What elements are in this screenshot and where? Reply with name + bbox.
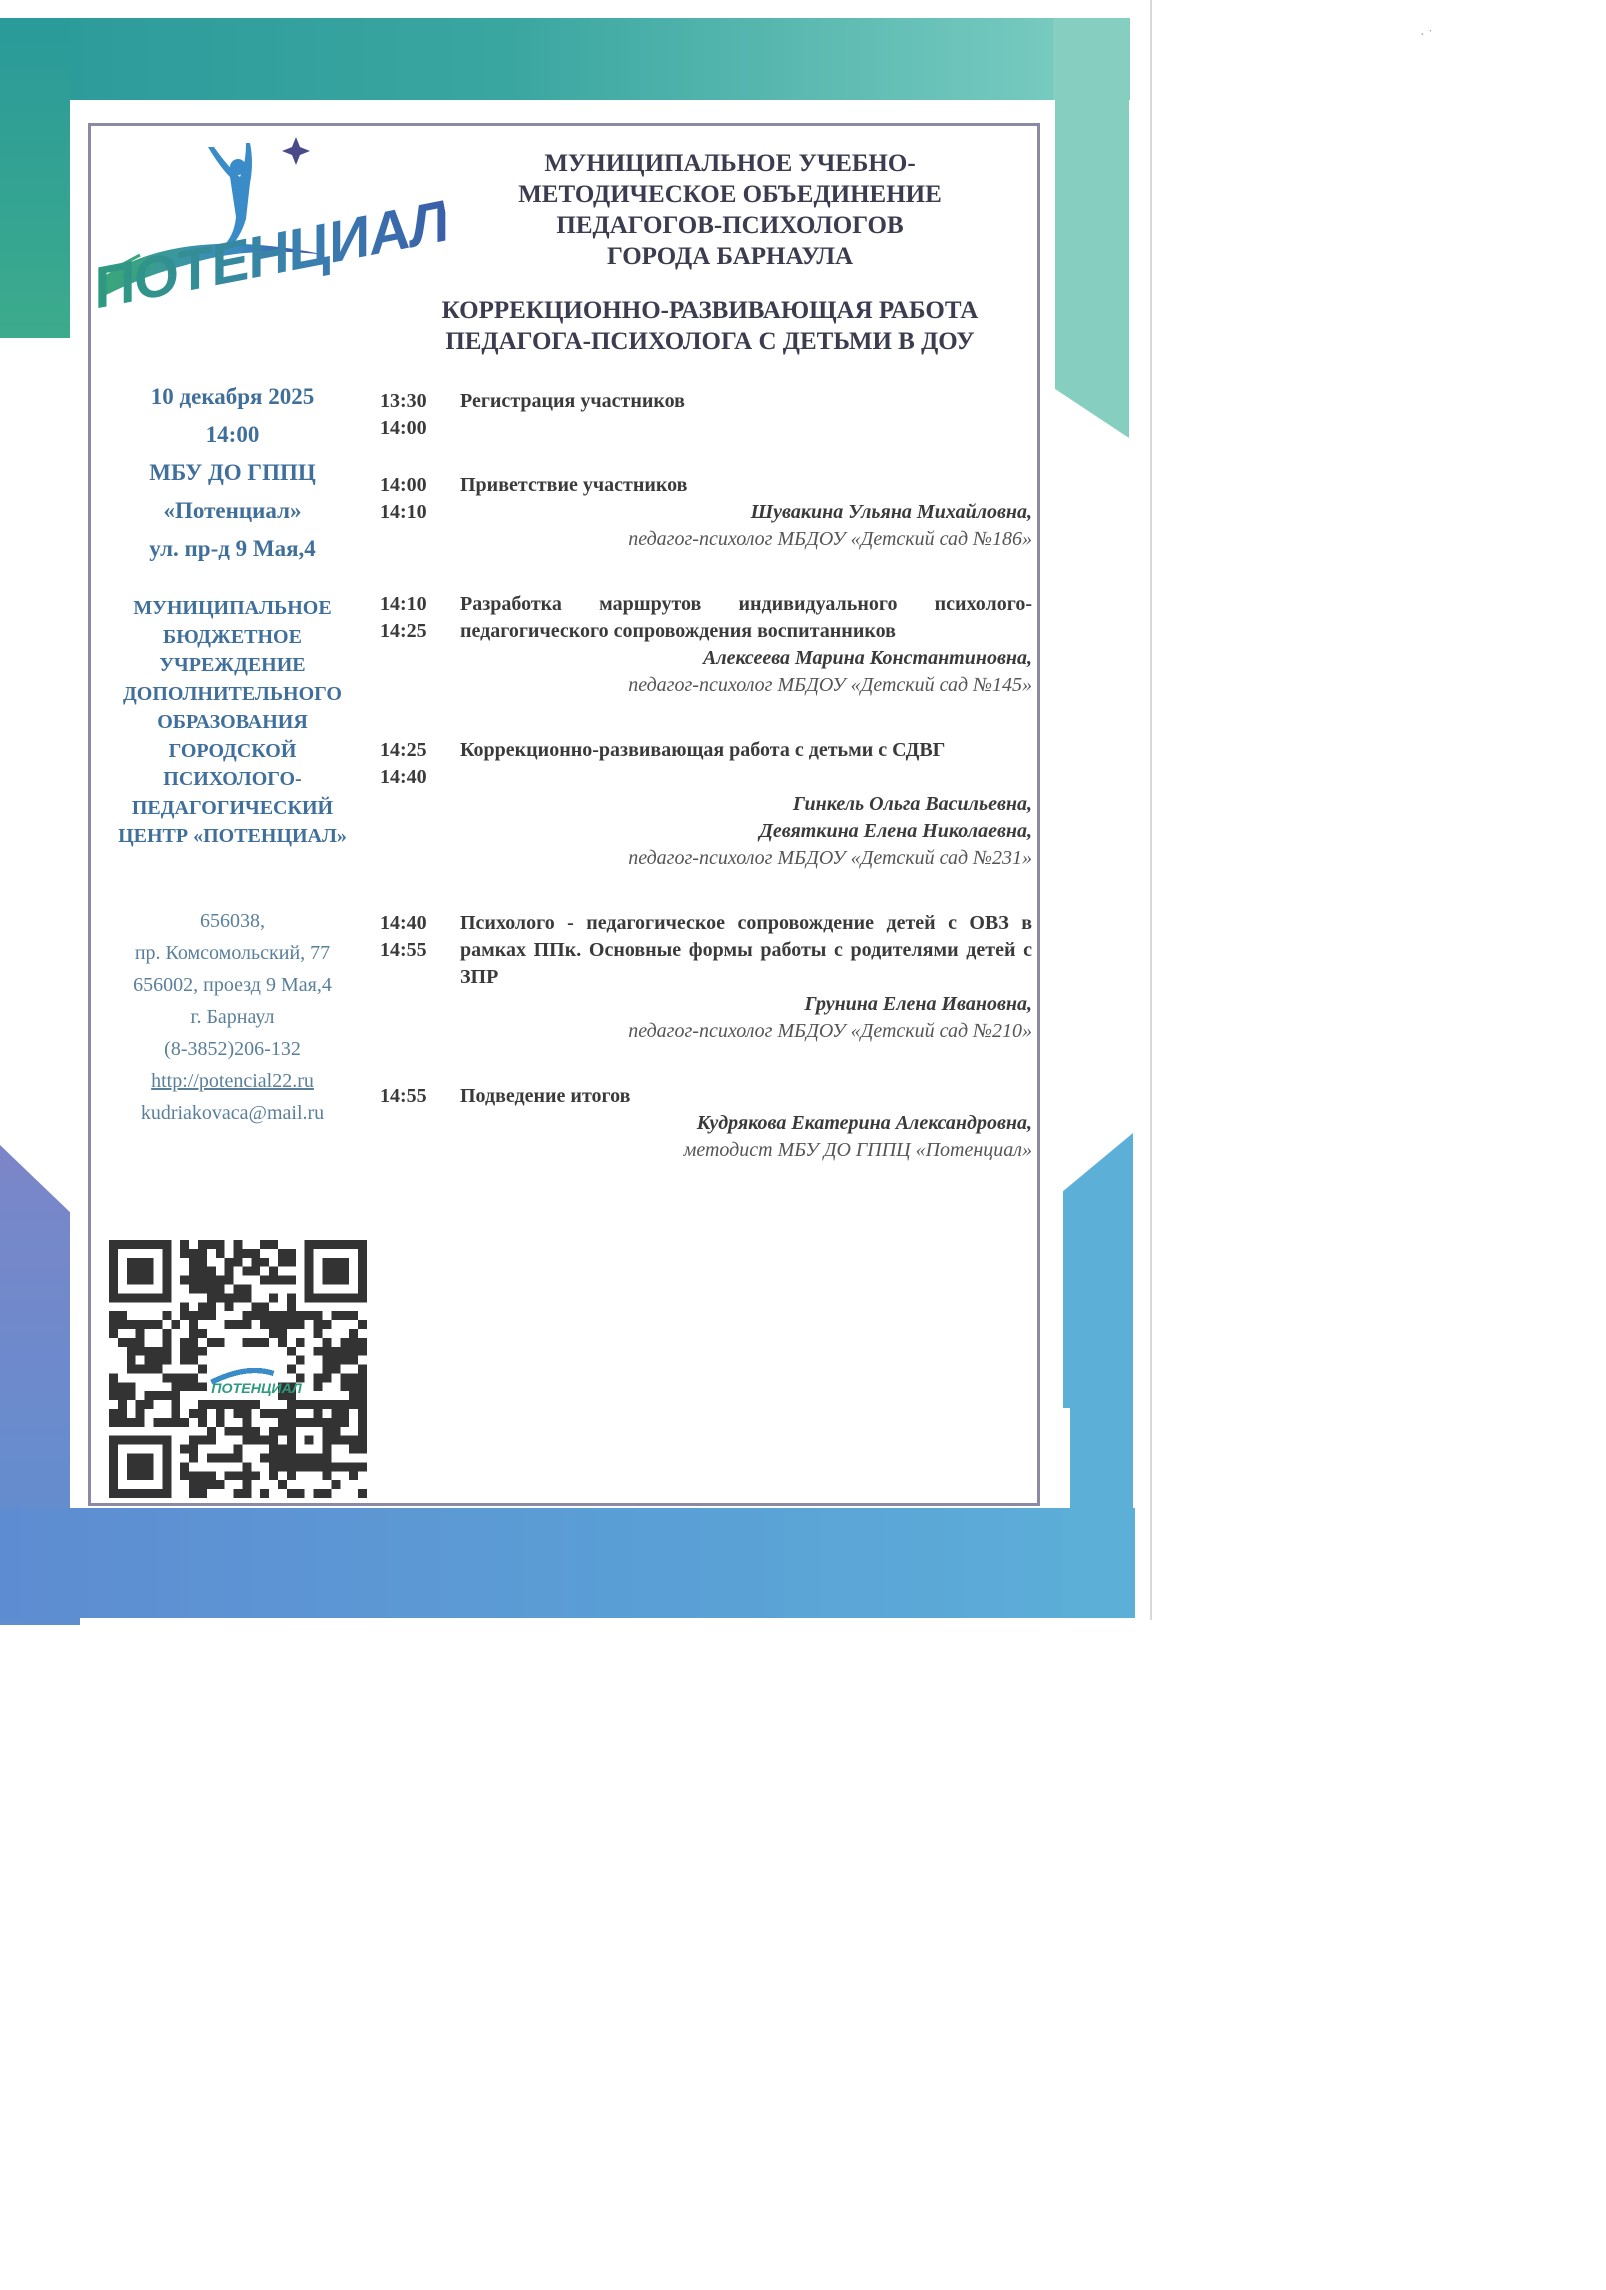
- speaker-name: Кудрякова Екатерина Александровна,: [460, 1110, 1032, 1137]
- address-line: пр. Комсомольский, 77: [100, 937, 365, 969]
- item-title: Коррекционно-развивающая работа с детьми…: [460, 737, 1032, 764]
- org-line: ГОРОДСКОЙ: [100, 737, 365, 766]
- contact-block: 656038, пр. Комсомольский, 77 656002, пр…: [100, 905, 365, 1129]
- time-range: 14:25 14:40: [380, 737, 460, 872]
- item-body: Коррекционно-развивающая работа с детьми…: [460, 737, 1040, 872]
- postcode: 656038,: [100, 905, 365, 937]
- speaker-name: Грунина Елена Ивановна,: [460, 991, 1032, 1018]
- time-range: 14:00 14:10: [380, 472, 460, 553]
- org-line: МУНИЦИПАЛЬНОЕ: [100, 594, 365, 623]
- organizer-heading: МУНИЦИПАЛЬНОЕ УЧЕБНО- МЕТОДИЧЕСКОЕ ОБЪЕД…: [440, 148, 1020, 272]
- item-title: Регистрация участников: [460, 388, 1032, 415]
- heading-line: МУНИЦИПАЛЬНОЕ УЧЕБНО-: [440, 148, 1020, 179]
- speaker-name: Гинкель Ольга Васильевна,: [460, 791, 1032, 818]
- speaker-name: Шувакина Ульяна Михайловна,: [460, 499, 1032, 526]
- item-body: Подведение итогов Кудрякова Екатерина Ал…: [460, 1083, 1040, 1164]
- time-range: 13:30 14:00: [380, 388, 460, 442]
- end-time: 14:10: [380, 499, 460, 526]
- heading-line: ГОРОДА БАРНАУЛА: [440, 241, 1020, 272]
- qr-code-icon[interactable]: ПОТЕНЦИАЛ: [108, 1240, 368, 1498]
- org-line: БЮДЖЕТНОЕ: [100, 623, 365, 652]
- decorative-band-top: [0, 18, 1130, 100]
- schedule-item: 14:40 14:55 Психолого - педагогическое с…: [380, 910, 1040, 1045]
- speaker-role: педагог-психолог МБДОУ «Детский сад №210…: [460, 1018, 1032, 1045]
- start-time: 14:40: [380, 910, 460, 937]
- end-time: 14:00: [380, 415, 460, 442]
- item-title: Разработка маршрутов индивидуального пси…: [460, 591, 1032, 645]
- scan-speck: · ˙: [1420, 28, 1433, 44]
- svg-text:ПОТЕНЦИАЛ: ПОТЕНЦИАЛ: [211, 1381, 303, 1397]
- time-range: 14:55: [380, 1083, 460, 1164]
- end-time: 14:40: [380, 764, 460, 791]
- speaker-name: Алексеева Марина Константиновна,: [460, 645, 1032, 672]
- org-line: ОБРАЗОВАНИЯ: [100, 708, 365, 737]
- decorative-band-right-top: [1053, 18, 1129, 438]
- schedule-item: 14:55 Подведение итогов Кудрякова Екатер…: [380, 1083, 1040, 1164]
- spacer: [460, 764, 1032, 791]
- org-line: ЦЕНТР «ПОТЕНЦИАЛ»: [100, 822, 365, 851]
- decorative-band-left-top: [0, 18, 70, 338]
- organization-name: МУНИЦИПАЛЬНОЕ БЮДЖЕТНОЕ УЧРЕЖДЕНИЕ ДОПОЛ…: [100, 594, 365, 851]
- decorative-band-bottom: [0, 1508, 1135, 1618]
- heading-line: МЕТОДИЧЕСКОЕ ОБЪЕДИНЕНИЕ: [440, 179, 1020, 210]
- start-time: 14:00: [380, 472, 460, 499]
- schedule-item: 14:10 14:25 Разработка маршрутов индивид…: [380, 591, 1040, 699]
- speaker-role: педагог-психолог МБДОУ «Детский сад №231…: [460, 845, 1032, 872]
- item-title: Подведение итогов: [460, 1083, 1032, 1110]
- heading-line: ПЕДАГОГОВ-ПСИХОЛОГОВ: [440, 210, 1020, 241]
- item-body: Разработка маршрутов индивидуального пси…: [460, 591, 1040, 699]
- end-time: 14:25: [380, 618, 460, 645]
- venue-line: «Потенциал»: [100, 492, 365, 530]
- item-title: Приветствие участников: [460, 472, 1032, 499]
- schedule-item: 14:00 14:10 Приветствие участников Шувак…: [380, 472, 1040, 553]
- schedule-item: 14:25 14:40 Коррекционно-развивающая раб…: [380, 737, 1040, 872]
- speaker-name: Девяткина Елена Николаевна,: [460, 818, 1032, 845]
- decorative-band-right-bottom: [1063, 1133, 1133, 1618]
- schedule-item: 13:30 14:00 Регистрация участников: [380, 388, 1040, 442]
- start-time: 14:25: [380, 737, 460, 764]
- item-body: Регистрация участников: [460, 388, 1040, 442]
- address-line: 656002, проезд 9 Мая,4: [100, 969, 365, 1001]
- website-link[interactable]: http://potencial22.ru: [100, 1065, 365, 1097]
- org-line: ПСИХОЛОГО-: [100, 765, 365, 794]
- item-body: Психолого - педагогическое сопровождение…: [460, 910, 1040, 1045]
- org-line: ПЕДАГОГИЧЕСКИЙ: [100, 794, 365, 823]
- start-time: 13:30: [380, 388, 460, 415]
- end-time: 14:55: [380, 937, 460, 964]
- venue-line: ул. пр-д 9 Мая,4: [100, 530, 365, 568]
- paper-edge: [1150, 0, 1152, 1620]
- event-date: 10 декабря 2025: [100, 378, 365, 416]
- org-line: ДОПОЛНИТЕЛЬНОГО: [100, 680, 365, 709]
- item-title: Психолого - педагогическое сопровождение…: [460, 910, 1032, 991]
- phone: (8-3852)206-132: [100, 1033, 365, 1065]
- time-range: 14:10 14:25: [380, 591, 460, 699]
- start-time: 14:55: [380, 1083, 460, 1110]
- title-line: ПЕДАГОГА-ПСИХОЛОГА С ДЕТЬМИ В ДОУ: [400, 326, 1020, 357]
- time-range: 14:40 14:55: [380, 910, 460, 1045]
- event-time: 14:00: [100, 416, 365, 454]
- item-body: Приветствие участников Шувакина Ульяна М…: [460, 472, 1040, 553]
- title-line: КОРРЕКЦИОННО-РАЗВИВАЮЩАЯ РАБОТА: [400, 295, 1020, 326]
- speaker-role: методист МБУ ДО ГППЦ «Потенциал»: [460, 1137, 1032, 1164]
- event-details: 10 декабря 2025 14:00 МБУ ДО ГППЦ «Потен…: [100, 378, 365, 568]
- speaker-role: педагог-психолог МБДОУ «Детский сад №186…: [460, 526, 1032, 553]
- venue-line: МБУ ДО ГППЦ: [100, 454, 365, 492]
- event-title: КОРРЕКЦИОННО-РАЗВИВАЮЩАЯ РАБОТА ПЕДАГОГА…: [400, 295, 1020, 357]
- city: г. Барнаул: [100, 1001, 365, 1033]
- speaker-role: педагог-психолог МБДОУ «Детский сад №145…: [460, 672, 1032, 699]
- email-address[interactable]: kudriakovaca@mail.ru: [100, 1097, 365, 1129]
- start-time: 14:10: [380, 591, 460, 618]
- sidebar-info: 10 декабря 2025 14:00 МБУ ДО ГППЦ «Потен…: [100, 378, 365, 1129]
- program-schedule: 13:30 14:00 Регистрация участников 14:00…: [380, 388, 1040, 1190]
- org-line: УЧРЕЖДЕНИЕ: [100, 651, 365, 680]
